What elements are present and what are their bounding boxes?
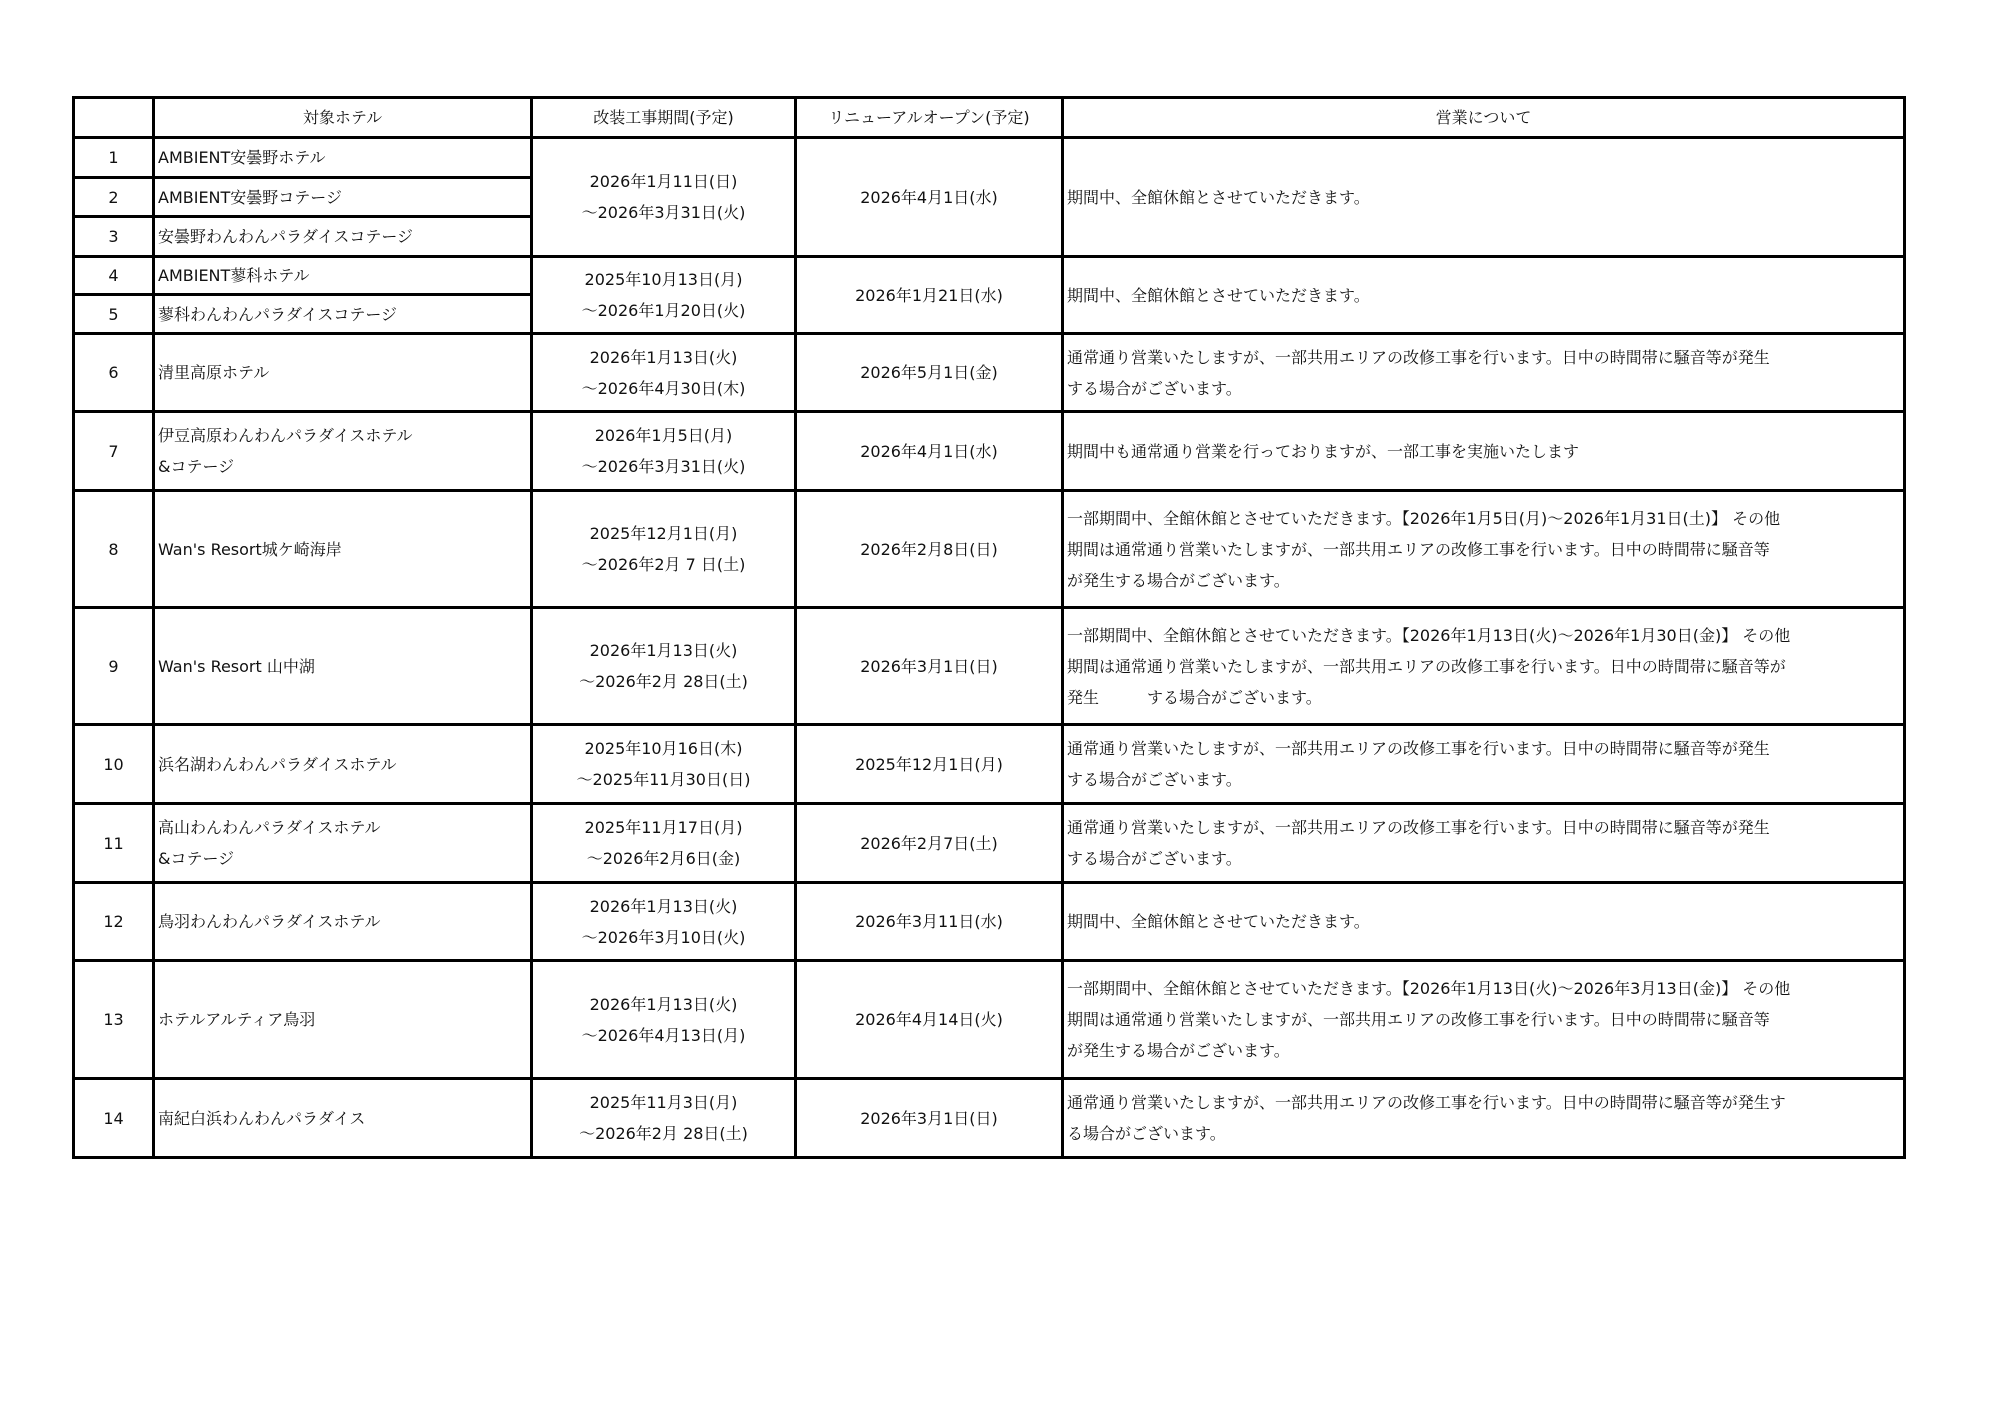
header-hotel: 対象ホテル — [154, 98, 532, 138]
hotel-name: AMBIENT安曇野ホテル — [154, 138, 532, 178]
table-row: 13ホテルアルティア鳥羽2026年1月13日(火)～2026年4月13日(月)2… — [74, 961, 1905, 1079]
hotel-name: 浜名湖わんわんパラダイスホテル — [154, 725, 532, 804]
reopen-date: 2026年2月7日(土) — [796, 804, 1063, 883]
hotel-name-line: AMBIENT安曇野コテージ — [158, 182, 530, 213]
operation-note: 通常通り営業いたしますが、一部共用エリアの改修工事を行います。日中の時間帯に騒音… — [1063, 725, 1905, 804]
note-line: 期間中、全館休館とさせていただきます。 — [1067, 182, 1897, 213]
row-number: 3 — [74, 217, 154, 257]
note-line: 期間中、全館休館とさせていただきます。 — [1067, 280, 1897, 311]
hotel-name-line: 南紀白浜わんわんパラダイス — [158, 1103, 530, 1134]
header-number — [74, 98, 154, 138]
hotel-name: AMBIENT蓼科ホテル — [154, 257, 532, 295]
period-line: ～2026年4月30日(木) — [533, 373, 794, 404]
renovation-period: 2026年1月13日(火)～2026年2月 28日(土) — [532, 608, 796, 725]
period-line: 2026年1月13日(火) — [533, 635, 794, 666]
table-row: 4AMBIENT蓼科ホテル2025年10月13日(月)～2026年1月20日(火… — [74, 257, 1905, 295]
hotel-name-line: &コテージ — [158, 843, 530, 874]
period-line: ～2026年3月31日(火) — [533, 197, 794, 228]
hotel-name: 鳥羽わんわんパラダイスホテル — [154, 883, 532, 961]
period-line: 2025年10月16日(木) — [533, 733, 794, 764]
hotel-name-line: 伊豆高原わんわんパラダイスホテル — [158, 420, 530, 451]
reopen-date: 2026年1月21日(水) — [796, 257, 1063, 334]
note-line: 期間は通常通り営業いたしますが、一部共用エリアの改修工事を行います。日中の時間帯… — [1067, 651, 1897, 682]
hotel-name: 伊豆高原わんわんパラダイスホテル&コテージ — [154, 412, 532, 491]
period-line: 2026年1月13日(火) — [533, 342, 794, 373]
hotel-name-line: 高山わんわんパラダイスホテル — [158, 812, 530, 843]
period-line: ～2025年11月30日(日) — [533, 764, 794, 795]
note-line: 通常通り営業いたしますが、一部共用エリアの改修工事を行います。日中の時間帯に騒音… — [1067, 812, 1897, 843]
reopen-date: 2026年3月1日(日) — [796, 608, 1063, 725]
reopen-date: 2026年3月1日(日) — [796, 1079, 1063, 1158]
row-number: 12 — [74, 883, 154, 961]
hotel-name: 蓼科わんわんパラダイスコテージ — [154, 295, 532, 334]
row-number: 7 — [74, 412, 154, 491]
row-number: 9 — [74, 608, 154, 725]
note-line: 通常通り営業いたしますが、一部共用エリアの改修工事を行います。日中の時間帯に騒音… — [1067, 342, 1897, 373]
header-reopen: リニューアルオープン(予定) — [796, 98, 1063, 138]
period-line: ～2026年2月 28日(土) — [533, 666, 794, 697]
period-line: 2025年11月17日(月) — [533, 812, 794, 843]
operation-note: 一部期間中、全館休館とさせていただきます。【2026年1月5日(月)～2026年… — [1063, 491, 1905, 608]
hotel-name-line: ホテルアルティア鳥羽 — [158, 1004, 530, 1035]
row-number: 13 — [74, 961, 154, 1079]
operation-note: 一部期間中、全館休館とさせていただきます。【2026年1月13日(火)～2026… — [1063, 961, 1905, 1079]
period-line: ～2026年4月13日(月) — [533, 1020, 794, 1051]
hotel-name-line: Wan's Resort城ケ崎海岸 — [158, 534, 530, 565]
note-line: する場合がございます。 — [1067, 764, 1897, 795]
hotel-name: 安曇野わんわんパラダイスコテージ — [154, 217, 532, 257]
hotel-name: Wan's Resort城ケ崎海岸 — [154, 491, 532, 608]
note-line: る場合がございます。 — [1067, 1118, 1897, 1149]
row-number: 2 — [74, 178, 154, 217]
note-line: 通常通り営業いたしますが、一部共用エリアの改修工事を行います。日中の時間帯に騒音… — [1067, 1087, 1897, 1118]
table-row: 6清里高原ホテル2026年1月13日(火)～2026年4月30日(木)2026年… — [74, 334, 1905, 412]
note-line: 発生 する場合がございます。 — [1067, 682, 1897, 713]
period-line: ～2026年2月 7 日(土) — [533, 549, 794, 580]
renovation-period: 2026年1月11日(日)～2026年3月31日(火) — [532, 138, 796, 257]
hotel-name: AMBIENT安曇野コテージ — [154, 178, 532, 217]
row-number: 11 — [74, 804, 154, 883]
period-line: ～2026年1月20日(火) — [533, 295, 794, 326]
hotel-name: Wan's Resort 山中湖 — [154, 608, 532, 725]
renovation-period: 2025年12月1日(月)～2026年2月 7 日(土) — [532, 491, 796, 608]
renovation-period: 2025年11月3日(月)～2026年2月 28日(土) — [532, 1079, 796, 1158]
reopen-date: 2026年4月14日(火) — [796, 961, 1063, 1079]
row-number: 10 — [74, 725, 154, 804]
period-line: ～2026年3月31日(火) — [533, 451, 794, 482]
note-line: が発生する場合がございます。 — [1067, 1035, 1897, 1066]
reopen-date: 2026年5月1日(金) — [796, 334, 1063, 412]
operation-note: 通常通り営業いたしますが、一部共用エリアの改修工事を行います。日中の時間帯に騒音… — [1063, 804, 1905, 883]
note-line: 一部期間中、全館休館とさせていただきます。【2026年1月13日(火)～2026… — [1067, 620, 1897, 651]
hotel-name: ホテルアルティア鳥羽 — [154, 961, 532, 1079]
header-operation: 営業について — [1063, 98, 1905, 138]
period-line: ～2026年3月10日(火) — [533, 922, 794, 953]
row-number: 8 — [74, 491, 154, 608]
note-line: 通常通り営業いたしますが、一部共用エリアの改修工事を行います。日中の時間帯に騒音… — [1067, 733, 1897, 764]
note-line: 期間中も通常通り営業を行っておりますが、一部工事を実施いたします — [1067, 436, 1897, 467]
table-row: 14南紀白浜わんわんパラダイス2025年11月3日(月)～2026年2月 28日… — [74, 1079, 1905, 1158]
row-number: 14 — [74, 1079, 154, 1158]
period-line: ～2026年2月6日(金) — [533, 843, 794, 874]
operation-note: 通常通り営業いたしますが、一部共用エリアの改修工事を行います。日中の時間帯に騒音… — [1063, 334, 1905, 412]
period-line: 2025年11月3日(月) — [533, 1087, 794, 1118]
hotel-name-line: Wan's Resort 山中湖 — [158, 651, 530, 682]
table-row: 12鳥羽わんわんパラダイスホテル2026年1月13日(火)～2026年3月10日… — [74, 883, 1905, 961]
note-line: する場合がございます。 — [1067, 373, 1897, 404]
row-number: 6 — [74, 334, 154, 412]
operation-note: 一部期間中、全館休館とさせていただきます。【2026年1月13日(火)～2026… — [1063, 608, 1905, 725]
note-line: が発生する場合がございます。 — [1067, 565, 1897, 596]
row-number: 4 — [74, 257, 154, 295]
reopen-date: 2026年2月8日(日) — [796, 491, 1063, 608]
operation-note: 通常通り営業いたしますが、一部共用エリアの改修工事を行います。日中の時間帯に騒音… — [1063, 1079, 1905, 1158]
period-line: 2026年1月5日(月) — [533, 420, 794, 451]
renovation-period: 2025年10月13日(月)～2026年1月20日(火) — [532, 257, 796, 334]
renovation-period: 2026年1月13日(火)～2026年4月13日(月) — [532, 961, 796, 1079]
renovation-period: 2026年1月13日(火)～2026年3月10日(火) — [532, 883, 796, 961]
hotel-name-line: 蓼科わんわんパラダイスコテージ — [158, 299, 530, 330]
period-line: ～2026年2月 28日(土) — [533, 1118, 794, 1149]
reopen-date: 2026年4月1日(水) — [796, 412, 1063, 491]
hotel-name-line: AMBIENT安曇野ホテル — [158, 142, 530, 173]
note-line: 一部期間中、全館休館とさせていただきます。【2026年1月5日(月)～2026年… — [1067, 503, 1897, 534]
table-header-row: 対象ホテル 改装工事期間(予定) リニューアルオープン(予定) 営業について — [74, 98, 1905, 138]
operation-note: 期間中、全館休館とさせていただきます。 — [1063, 883, 1905, 961]
note-line: 一部期間中、全館休館とさせていただきます。【2026年1月13日(火)～2026… — [1067, 973, 1897, 1004]
header-period: 改装工事期間(予定) — [532, 98, 796, 138]
note-line: 期間は通常通り営業いたしますが、一部共用エリアの改修工事を行います。日中の時間帯… — [1067, 534, 1897, 565]
hotel-name-line: 清里高原ホテル — [158, 357, 530, 388]
row-number: 5 — [74, 295, 154, 334]
operation-note: 期間中も通常通り営業を行っておりますが、一部工事を実施いたします — [1063, 412, 1905, 491]
period-line: 2026年1月13日(火) — [533, 891, 794, 922]
renovation-period: 2025年10月16日(木)～2025年11月30日(日) — [532, 725, 796, 804]
row-number: 1 — [74, 138, 154, 178]
table-row: 11高山わんわんパラダイスホテル&コテージ2025年11月17日(月)～2026… — [74, 804, 1905, 883]
renovation-period: 2026年1月13日(火)～2026年4月30日(木) — [532, 334, 796, 412]
hotel-name: 高山わんわんパラダイスホテル&コテージ — [154, 804, 532, 883]
operation-note: 期間中、全館休館とさせていただきます。 — [1063, 138, 1905, 257]
renovation-period: 2026年1月5日(月)～2026年3月31日(火) — [532, 412, 796, 491]
reopen-date: 2026年4月1日(水) — [796, 138, 1063, 257]
note-line: 期間は通常通り営業いたしますが、一部共用エリアの改修工事を行います。日中の時間帯… — [1067, 1004, 1897, 1035]
table-row: 8Wan's Resort城ケ崎海岸2025年12月1日(月)～2026年2月 … — [74, 491, 1905, 608]
renovation-schedule-table: 対象ホテル 改装工事期間(予定) リニューアルオープン(予定) 営業について 1… — [72, 96, 1906, 1159]
hotel-name: 南紀白浜わんわんパラダイス — [154, 1079, 532, 1158]
hotel-name-line: AMBIENT蓼科ホテル — [158, 260, 530, 291]
table-row: 1AMBIENT安曇野ホテル2026年1月11日(日)～2026年3月31日(火… — [74, 138, 1905, 178]
table-row: 7伊豆高原わんわんパラダイスホテル&コテージ2026年1月5日(月)～2026年… — [74, 412, 1905, 491]
renovation-period: 2025年11月17日(月)～2026年2月6日(金) — [532, 804, 796, 883]
note-line: する場合がございます。 — [1067, 843, 1897, 874]
period-line: 2026年1月13日(火) — [533, 989, 794, 1020]
hotel-name-line: 浜名湖わんわんパラダイスホテル — [158, 749, 530, 780]
table-row: 9Wan's Resort 山中湖2026年1月13日(火)～2026年2月 2… — [74, 608, 1905, 725]
hotel-name-line: 安曇野わんわんパラダイスコテージ — [158, 221, 530, 252]
period-line: 2025年10月13日(月) — [533, 264, 794, 295]
hotel-name: 清里高原ホテル — [154, 334, 532, 412]
period-line: 2025年12月1日(月) — [533, 518, 794, 549]
reopen-date: 2025年12月1日(月) — [796, 725, 1063, 804]
hotel-name-line: 鳥羽わんわんパラダイスホテル — [158, 906, 530, 937]
table-row: 10浜名湖わんわんパラダイスホテル2025年10月16日(木)～2025年11月… — [74, 725, 1905, 804]
operation-note: 期間中、全館休館とさせていただきます。 — [1063, 257, 1905, 334]
note-line: 期間中、全館休館とさせていただきます。 — [1067, 906, 1897, 937]
hotel-name-line: &コテージ — [158, 451, 530, 482]
table-body: 1AMBIENT安曇野ホテル2026年1月11日(日)～2026年3月31日(火… — [74, 138, 1905, 1158]
period-line: 2026年1月11日(日) — [533, 166, 794, 197]
reopen-date: 2026年3月11日(水) — [796, 883, 1063, 961]
